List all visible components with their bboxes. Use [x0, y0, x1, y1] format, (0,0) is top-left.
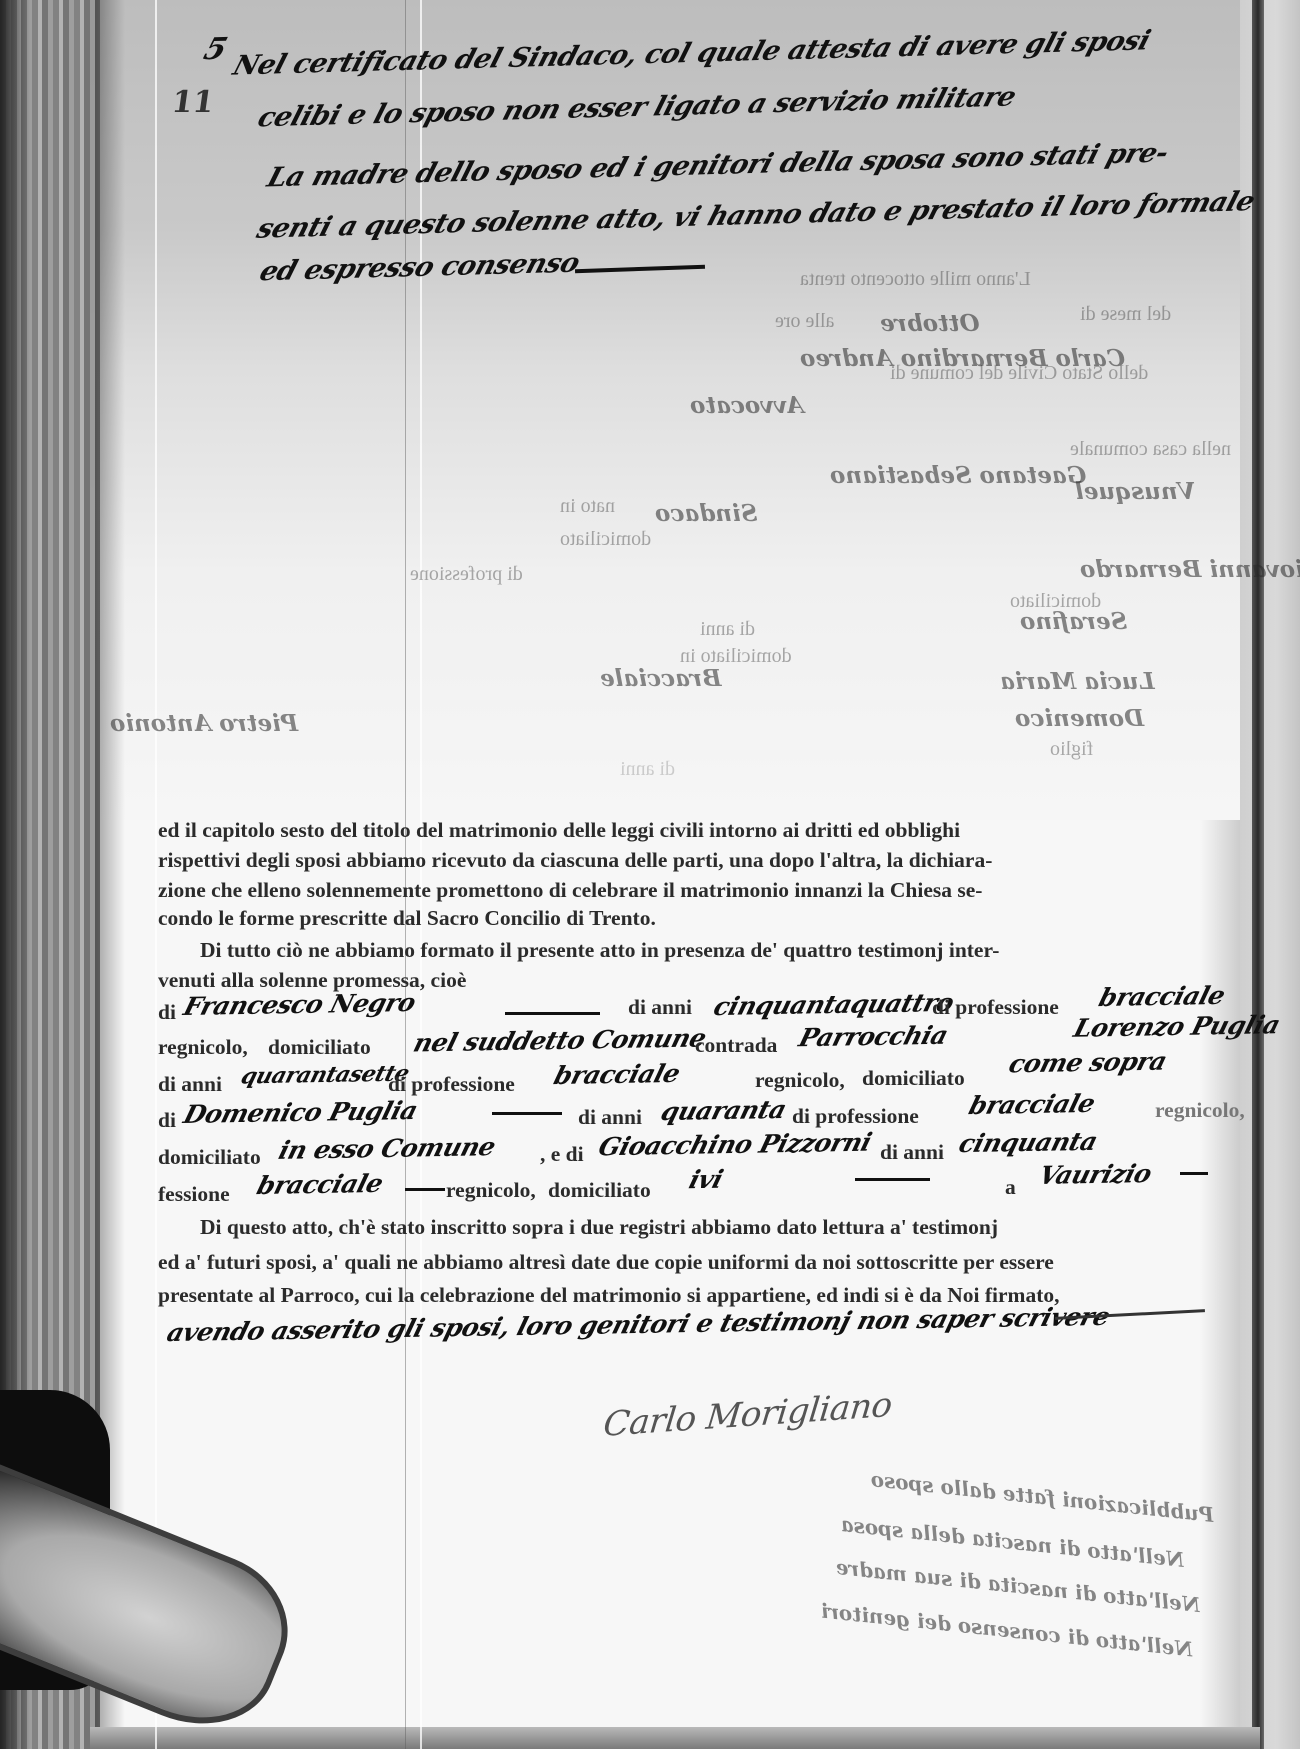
bleed-handwriting: Ottobre	[880, 310, 979, 337]
label-fessione: fessione	[158, 1182, 230, 1207]
witness-2-profession: bracciale	[551, 1059, 683, 1090]
bleed-handwriting: Bracciale	[600, 665, 721, 692]
bleed-handwriting: Domenico	[1015, 705, 1144, 732]
bleed-printed-line: nato in	[560, 495, 615, 518]
bleed-printed-line: di anni	[700, 618, 755, 641]
fill-dash	[855, 1178, 930, 1181]
bleed-printed-line: alle ore	[775, 310, 834, 333]
printed-line: ed il capitolo sesto del titolo del matr…	[158, 818, 960, 843]
fill-dash	[1180, 1172, 1208, 1175]
witness-1-profession: bracciale	[1096, 981, 1228, 1012]
fill-dash	[492, 1112, 562, 1115]
bleed-printed-line: del mese di	[1080, 303, 1171, 326]
label-domiciliato: domiciliato	[158, 1145, 261, 1170]
label-regnicolo: regnicolo,	[1155, 1098, 1245, 1123]
label-regnicolo: regnicolo,	[755, 1068, 845, 1093]
bleed-handwriting: Serafino	[1020, 608, 1127, 635]
witness-4-place: Vaurizio	[1036, 1159, 1155, 1190]
label-regnicolo: regnicolo,	[446, 1178, 536, 1203]
printed-line: condo le forme prescritte dal Sacro Conc…	[158, 906, 656, 931]
fill-dash	[505, 1012, 600, 1015]
witness-4-name: Gioacchino Pizzorni	[595, 1128, 874, 1162]
bleed-printed-line: L'anno mille ottocento trenta	[800, 268, 1031, 291]
witness-3-age: quaranta	[658, 1095, 790, 1126]
witness-1-age: cinquantaquattro	[711, 988, 957, 1021]
printed-line: zione che elleno solennemente promettono…	[158, 878, 982, 903]
printed-line: Di questo atto, ch'è stato inscritto sop…	[200, 1215, 998, 1240]
bleed-handwriting: Carlo Bernardino Andreo	[800, 345, 1125, 372]
bleed-printed-line: figlio	[1050, 738, 1093, 761]
witness-3-profession: bracciale	[966, 1089, 1098, 1120]
fill-dash	[405, 1188, 445, 1191]
label-di-anni: di anni	[578, 1105, 642, 1130]
bleed-handwriting: Avvocato	[690, 392, 804, 419]
binding-edge-line	[1252, 0, 1264, 1749]
printed-line: Di tutto ciò ne abbiamo formato il prese…	[200, 938, 999, 963]
label-contrada: contrada	[695, 1033, 777, 1058]
margin-mark: 11	[170, 85, 217, 120]
witness-1-contrada: Parrocchia	[796, 1021, 951, 1053]
witness-2-domicile: come sopra	[1006, 1047, 1170, 1079]
witness-2-name: Lorenzo Puglia	[1071, 1010, 1284, 1043]
next-page-edge	[1240, 0, 1300, 1749]
label-di: di	[158, 1108, 176, 1133]
label-di-professione: di professione	[792, 1104, 919, 1129]
scan-artifact-line	[155, 0, 157, 1749]
label-di: di	[158, 1000, 176, 1025]
label-a: a	[1005, 1175, 1016, 1200]
bleed-handwriting: Gaetano Sebastiano	[830, 462, 1086, 489]
witness-1-name: Francesco Negro	[181, 988, 419, 1021]
label-domiciliato: domiciliato	[862, 1066, 965, 1091]
scanned-register-page: 11 L'anno mille ottocento trenta del mes…	[0, 0, 1300, 1749]
label-di-anni: di anni	[880, 1140, 944, 1165]
bleed-handwriting: Sindaco	[655, 500, 757, 527]
label-di-anni: di anni	[158, 1072, 222, 1097]
bleed-handwriting: Pietro Antonio	[110, 710, 298, 737]
bleed-printed-line: di professione	[410, 563, 523, 586]
bleed-printed-line: di anni	[620, 758, 675, 781]
printed-line: ed a' futuri sposi, a' quali ne abbiamo …	[158, 1250, 1054, 1275]
label-di-professione: di professione	[932, 995, 1059, 1020]
bleed-handwriting: Lucia Maria	[1000, 668, 1155, 695]
witness-4-age: cinquanta	[956, 1127, 1101, 1158]
bleed-printed-line: nella casa comunale	[1070, 438, 1231, 461]
witness-4-profession: bracciale	[254, 1169, 386, 1200]
bleed-printed-line: domiciliato	[560, 528, 651, 551]
witness-1-domicile: nel suddetto Comune	[410, 1023, 709, 1057]
witness-3-domicile: in esso Comune	[276, 1132, 499, 1165]
label-regnicolo: regnicolo,	[158, 1035, 248, 1060]
witness-2-age: quarantasette	[238, 1061, 412, 1090]
witness-3-name: Domenico Puglia	[181, 1096, 421, 1129]
label-di-anni: di anni	[628, 995, 692, 1020]
bleed-handwriting: Giovanni Bernardo	[1080, 556, 1300, 583]
label-domiciliato: domiciliato	[268, 1035, 371, 1060]
printed-line: rispettivi degli sposi abbiamo ricevuto …	[158, 848, 992, 873]
label-di-professione: di professione	[388, 1072, 515, 1097]
label-e-di: , e di	[540, 1142, 584, 1167]
label-domiciliato: domiciliato	[548, 1178, 651, 1203]
page-bottom-edge	[90, 1727, 1260, 1749]
bleed-handwriting: Vnusquel	[1075, 478, 1195, 505]
